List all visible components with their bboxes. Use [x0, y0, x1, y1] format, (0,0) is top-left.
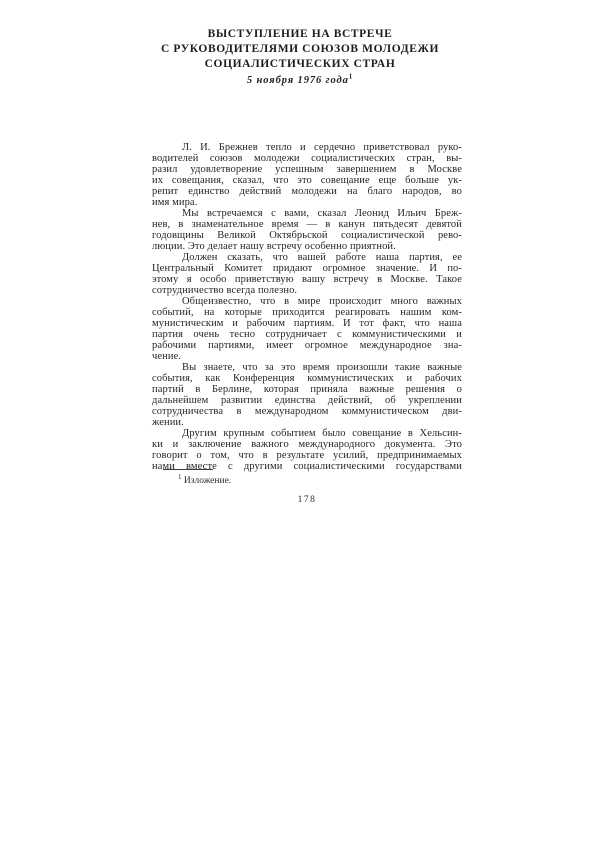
page-number: 178 [152, 495, 462, 505]
text-line: Центральный Комитет придают огромное зна… [152, 263, 462, 274]
text-line: Вы знаете, что за это время произошли та… [152, 362, 462, 373]
page-title-line-1: ВЫСТУПЛЕНИЕ НА ВСТРЕЧЕ [0, 27, 600, 42]
text-line: репит единство действий молодежи на благ… [152, 186, 462, 197]
text-line: Л. И. Брежнев тепло и сердечно приветств… [152, 142, 462, 153]
text-line: партия очень тесно сотрудничает с коммун… [152, 329, 462, 340]
footnote-marker-ref: 1 [349, 73, 353, 81]
text-line: годовщины Великой Октябрьской социалисти… [152, 230, 462, 241]
page-title-line-3: СОЦИАЛИСТИЧЕСКИХ СТРАН [0, 57, 600, 72]
text-line: Общеизвестно, что в мире происходит мног… [152, 296, 462, 307]
text-line: сотрудничества в международном коммунист… [152, 406, 462, 417]
text-line: нами вместе с другими социалистическими … [152, 461, 462, 472]
body-text: Л. И. Брежнев тепло и сердечно приветств… [152, 142, 462, 472]
paragraph: Должен сказать, что вашей работе наша па… [152, 252, 462, 296]
text-line: ки и заключение важного международного д… [152, 439, 462, 450]
text-line: дальнейшем развитии единства действий, о… [152, 395, 462, 406]
text-line: партий в Берлине, которая приняла важные… [152, 384, 462, 395]
text-line: Должен сказать, что вашей работе наша па… [152, 252, 462, 263]
text-line: их совещания, сказал, что это совещание … [152, 175, 462, 186]
text-line: Другим крупным событием было совещание в… [152, 428, 462, 439]
paragraph: Другим крупным событием было совещание в… [152, 428, 462, 472]
paragraph: Мы встречаемся с вами, сказал Леонид Иль… [152, 208, 462, 252]
title-block: ВЫСТУПЛЕНИЕ НА ВСТРЕЧЕ С РУКОВОДИТЕЛЯМИ … [0, 27, 600, 86]
speech-date-text: 5 ноября 1976 года [247, 75, 349, 86]
speech-date: 5 ноября 1976 года1 [0, 75, 600, 86]
text-line: рабочими партиями, имеет огромное междун… [152, 340, 462, 351]
text-line: говорит о том, что в результате усилий, … [152, 450, 462, 461]
paragraph: Л. И. Брежнев тепло и сердечно приветств… [152, 142, 462, 208]
text-line: водителей союзов молодежи социалистическ… [152, 153, 462, 164]
page-title-line-2: С РУКОВОДИТЕЛЯМИ СОЮЗОВ МОЛОДЕЖИ [0, 42, 600, 57]
text-line: разил удовлетворение успешным завершение… [152, 164, 462, 175]
text-line: события, как Конференция коммунистически… [152, 373, 462, 384]
text-line: нев, в знаменательное время — в канун пя… [152, 219, 462, 230]
text-line: событий, на которые приходится реагирова… [152, 307, 462, 318]
footnote-marker: 1 [178, 473, 182, 481]
text-line: этому я особо приветствую вашу встречу в… [152, 274, 462, 285]
text-line: Мы встречаемся с вами, сказал Леонид Иль… [152, 208, 462, 219]
paragraph: Общеизвестно, что в мире происходит мног… [152, 296, 462, 362]
paragraph: Вы знаете, что за это время произошли та… [152, 362, 462, 428]
text-line: мунистическим и рабочим партиям. И тот ф… [152, 318, 462, 329]
book-page: ВЫСТУПЛЕНИЕ НА ВСТРЕЧЕ С РУКОВОДИТЕЛЯМИ … [0, 0, 600, 849]
footnote-divider [163, 469, 213, 470]
footnote: 1 Изложение. [178, 476, 231, 487]
footnote-text: Изложение. [184, 476, 231, 486]
